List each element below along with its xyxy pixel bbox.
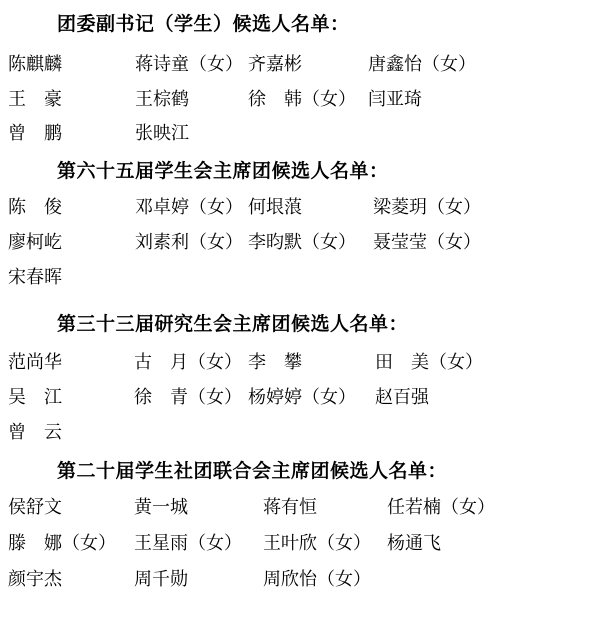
candidate-name: 徐 青（女） [134, 386, 242, 408]
candidate-name: 颜宇杰 [8, 568, 62, 590]
candidate-name: 何垠蒗 [248, 196, 302, 218]
candidate-row: 宋春晖 [0, 266, 590, 292]
candidate-name: 杨婷婷（女） [248, 386, 356, 408]
candidate-name: 邓卓婷（女） [135, 196, 243, 218]
section-heading: 第二十届学生社团联合会主席团候选人名单： [57, 461, 447, 483]
candidate-name: 杨通飞 [387, 532, 441, 554]
candidate-name: 王棕鹤 [135, 88, 189, 110]
candidate-name: 聂莹莹（女） [373, 231, 481, 253]
candidate-name: 赵百强 [375, 386, 429, 408]
candidate-row: 陈麒麟蒋诗童（女）齐嘉彬唐鑫怡（女） [0, 53, 590, 79]
candidate-name: 王 豪 [8, 88, 62, 110]
section-heading: 团委副书记（学生）候选人名单： [57, 14, 350, 36]
candidate-name: 黄一城 [134, 496, 188, 518]
candidate-name: 陈 俊 [8, 196, 62, 218]
candidate-name: 唐鑫怡（女） [368, 53, 476, 75]
candidate-row: 廖柯屹刘素利（女）李昀默（女）聂莹莹（女） [0, 231, 590, 257]
candidate-name: 滕 娜（女） [8, 532, 116, 554]
candidate-name: 侯舒文 [8, 496, 62, 518]
candidate-name: 宋春晖 [8, 266, 62, 288]
candidate-name: 陈麒麟 [8, 53, 62, 75]
candidate-name: 古 月（女） [134, 351, 242, 373]
candidate-name: 田 美（女） [375, 351, 483, 373]
candidate-name: 李昀默（女） [248, 231, 356, 253]
section-heading: 第三十三届研究生会主席团候选人名单： [57, 314, 408, 336]
candidate-name: 任若楠（女） [387, 496, 495, 518]
candidate-row: 吴 江徐 青（女）杨婷婷（女）赵百强 [0, 386, 590, 412]
candidate-name: 曾 云 [8, 421, 62, 443]
candidate-row: 陈 俊邓卓婷（女）何垠蒗梁菱玥（女） [0, 196, 590, 222]
candidate-name: 廖柯屹 [8, 231, 62, 253]
candidate-row: 颜宇杰周千勋周欣怡（女） [0, 568, 590, 594]
candidate-name: 周千勋 [134, 568, 188, 590]
candidate-name: 徐 韩（女） [248, 88, 356, 110]
candidate-row: 滕 娜（女）王星雨（女）王叶欣（女）杨通飞 [0, 532, 590, 558]
candidate-name: 范尚华 [8, 351, 62, 373]
candidate-name: 李 攀 [248, 351, 302, 373]
candidate-row: 王 豪王棕鹤徐 韩（女）闫亚琦 [0, 88, 590, 114]
section-heading: 第六十五届学生会主席团候选人名单： [57, 161, 389, 183]
candidate-name: 刘素利（女） [135, 231, 243, 253]
candidate-name: 曾 鹏 [8, 122, 62, 144]
candidate-name: 齐嘉彬 [248, 53, 302, 75]
candidate-row: 曾 鹏张映江 [0, 122, 590, 148]
candidate-name: 闫亚琦 [368, 88, 422, 110]
candidate-row: 曾 云 [0, 421, 590, 447]
candidate-name: 王叶欣（女） [263, 532, 371, 554]
candidate-name: 蒋有恒 [263, 496, 317, 518]
candidate-list-document: 团委副书记（学生）候选人名单：陈麒麟蒋诗童（女）齐嘉彬唐鑫怡（女）王 豪王棕鹤徐… [0, 0, 590, 618]
candidate-name: 王星雨（女） [134, 532, 242, 554]
candidate-name: 张映江 [135, 122, 189, 144]
candidate-row: 侯舒文黄一城蒋有恒任若楠（女） [0, 496, 590, 522]
candidate-name: 蒋诗童（女） [135, 53, 243, 75]
candidate-name: 周欣怡（女） [263, 568, 371, 590]
candidate-name: 吴 江 [8, 386, 62, 408]
candidate-name: 梁菱玥（女） [373, 196, 481, 218]
candidate-row: 范尚华古 月（女）李 攀田 美（女） [0, 351, 590, 377]
